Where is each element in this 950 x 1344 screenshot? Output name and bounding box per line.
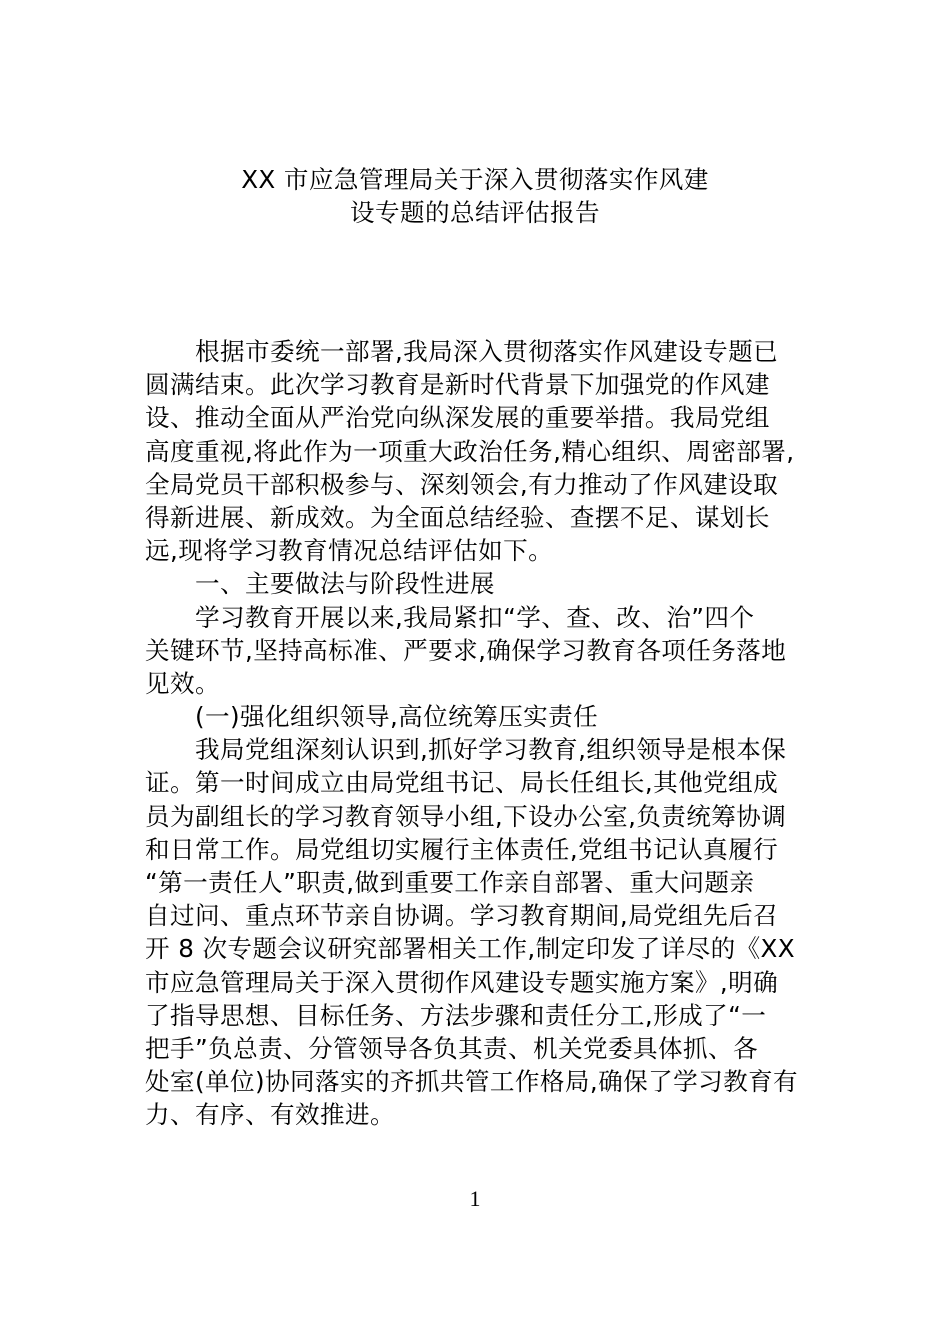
body-text-line: 开 8 次专题会议研究部署相关工作,制定印发了详尽的《XX (145, 932, 807, 965)
body-text-line: 全局党员干部积极参与、深刻领会,有力推动了作风建设取 (145, 468, 807, 501)
body-text-line: 圆满结束。此次学习教育是新时代背景下加强党的作风建 (145, 368, 807, 401)
body-text-line: 设、推动全面从严治党向纵深发展的重要举措。我局党组 (145, 401, 807, 434)
page-number: 1 (0, 1186, 950, 1212)
document-title: XX 市应急管理局关于深入贯彻落实作风建 设专题的总结评估报告 (145, 163, 805, 229)
body-text-line: 处室(单位)协同落实的齐抓共管工作格局,确保了学习教育有 (145, 1065, 807, 1098)
document-page: XX 市应急管理局关于深入贯彻落实作风建 设专题的总结评估报告 根据市委统一部署… (0, 0, 950, 1344)
body-text-line: 市应急管理局关于深入贯彻作风建设专题实施方案》,明确 (145, 966, 807, 999)
body-text-line: 力、有序、有效推进。 (145, 1098, 807, 1131)
body-text-line: “第一责任人”职责,做到重要工作亲自部署、重大问题亲 (145, 866, 807, 899)
body-text-line: 关键环节,坚持高标准、严要求,确保学习教育各项任务落地 (145, 634, 807, 667)
body-text-line: 见效。 (145, 667, 807, 700)
body-text-line: 了指导思想、目标任务、方法步骤和责任分工,形成了“一 (145, 999, 807, 1032)
title-line-2: 设专题的总结评估报告 (145, 196, 805, 229)
body-text-line: 高度重视,将此作为一项重大政治任务,精心组织、周密部署, (145, 435, 807, 468)
body-text-line: 学习教育开展以来,我局紧扣“学、查、改、治”四个 (145, 601, 807, 634)
body-text-line: 根据市委统一部署,我局深入贯彻落实作风建设专题已 (145, 335, 807, 368)
body-text-line: 自过问、重点环节亲自协调。学习教育期间,局党组先后召 (145, 899, 807, 932)
body-text-line: 一、主要做法与阶段性进展 (145, 567, 807, 600)
body-text-line: 得新进展、新成效。为全面总结经验、查摆不足、谋划长 (145, 501, 807, 534)
body-text-line: (一)强化组织领导,高位统筹压实责任 (145, 700, 807, 733)
body-text-line: 员为副组长的学习教育领导小组,下设办公室,负责统筹协调 (145, 800, 807, 833)
title-line-1: XX 市应急管理局关于深入贯彻落实作风建 (145, 163, 805, 196)
body-text-line: 远,现将学习教育情况总结评估如下。 (145, 534, 807, 567)
body-text-line: 和日常工作。局党组切实履行主体责任,党组书记认真履行 (145, 833, 807, 866)
body-text-line: 我局党组深刻认识到,抓好学习教育,组织领导是根本保 (145, 733, 807, 766)
document-body: 根据市委统一部署,我局深入贯彻落实作风建设专题已圆满结束。此次学习教育是新时代背… (145, 335, 807, 1132)
body-text-line: 把手”负总责、分管领导各负其责、机关党委具体抓、各 (145, 1032, 807, 1065)
body-text-line: 证。第一时间成立由局党组书记、局长任组长,其他党组成 (145, 766, 807, 799)
